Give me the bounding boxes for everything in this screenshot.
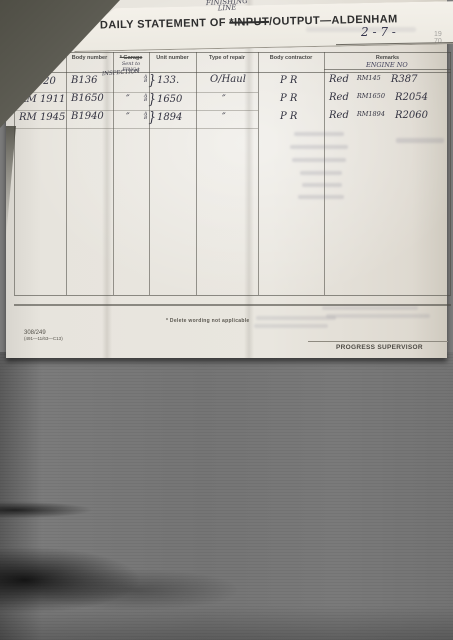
row1-body-number: B136 <box>71 75 97 86</box>
bleedthrough-mark <box>294 132 344 136</box>
unit-prefix-b: B <box>144 117 147 122</box>
form-title-prefix: DAILY STATEMENT OF <box>100 17 230 32</box>
row2-body-number: B1650 <box>71 93 104 104</box>
remark-engine-number: R2060 <box>395 110 428 121</box>
unit-prefix-stack: AB <box>144 113 147 122</box>
bleedthrough-mark <box>298 195 344 199</box>
row3-unit-number: AB } 1894 <box>144 110 182 124</box>
row3-garage-ditto: ″ <box>126 112 130 123</box>
table-gridline <box>149 52 150 295</box>
unit-value: 133. <box>157 75 179 86</box>
table-bottom-rule <box>14 295 451 296</box>
scanner-background <box>0 352 453 640</box>
unit-brace: } <box>148 109 156 125</box>
row-rule <box>14 92 258 93</box>
row3-road-number: RM 1945 <box>19 112 65 123</box>
row3-remarks: Red RM1894 R2060 <box>329 110 428 121</box>
form-number-print-code: (491—11/63—C13) <box>24 336 63 342</box>
bleedthrough-mark <box>322 306 418 310</box>
bleedthrough-mark <box>300 171 342 175</box>
row-rule <box>14 110 258 111</box>
table-gridline <box>66 52 67 295</box>
row2-body-contractor: P R <box>280 93 297 104</box>
row1-remarks: Red RM145 R387 <box>329 74 417 85</box>
row1-garage-note: INSPECTION <box>102 69 140 78</box>
row2-remarks: Red RM1650 R2054 <box>329 92 428 103</box>
table-gridline <box>14 72 451 73</box>
bleedthrough-mark <box>290 145 348 149</box>
table-gridline <box>258 52 259 295</box>
signature-line <box>308 341 448 342</box>
bleedthrough-mark <box>254 324 328 328</box>
unit-prefix-stack: AB <box>144 76 147 85</box>
row1-unit-number: AB } 133. <box>144 73 179 87</box>
bleedthrough-mark <box>292 158 346 162</box>
row1-type-of-repair: O/Haul <box>210 74 246 85</box>
paper-form: DAILY STATEMENT OF *INPUT/OUTPUT—ALDENHA… <box>6 0 447 358</box>
table-gridline <box>14 52 451 53</box>
engine-no-underline <box>324 69 451 70</box>
unit-prefix-b: B <box>144 80 147 85</box>
remark-colour: Red <box>329 92 349 103</box>
scanned-document-photo: DAILY STATEMENT OF *INPUT/OUTPUT—ALDENHA… <box>0 0 453 640</box>
remark-engine-number: R2054 <box>395 92 428 103</box>
row-rule <box>14 128 258 129</box>
repair-table: number Body number * Garage Sent to FING… <box>14 52 451 308</box>
col-header-type-of-repair: Type of repair <box>196 55 258 61</box>
bleedthrough-mark <box>326 314 430 318</box>
remark-colour: Red <box>329 74 349 85</box>
bleedthrough-mark <box>396 138 444 143</box>
remark-colour: Red <box>329 110 349 121</box>
row3-type-of-repair: ″ <box>222 112 226 123</box>
unit-brace: } <box>148 72 156 88</box>
handwritten-engine-no: ENGINE NO <box>366 61 408 69</box>
row1-body-contractor: P R <box>280 75 297 86</box>
row3-body-number: B1940 <box>71 111 104 122</box>
remark-rm-number: RM145 <box>357 74 381 82</box>
row3-body-contractor: P R <box>280 111 297 122</box>
remark-rm-number: RM1894 <box>357 110 385 118</box>
remark-engine-number: R387 <box>391 74 418 85</box>
remark-rm-number: RM1650 <box>357 92 385 100</box>
table-gridline <box>113 52 114 295</box>
progress-supervisor-label: PROGRESS SUPERVISOR <box>336 344 423 351</box>
form-title-struck-input: *INPUT <box>229 16 269 29</box>
bleedthrough-mark <box>306 27 416 32</box>
unit-brace: } <box>148 91 156 107</box>
bleedthrough-mark <box>302 183 342 187</box>
row2-unit-number: AB } 1650 <box>144 92 182 106</box>
unit-value: 1894 <box>157 112 182 123</box>
table-gridline <box>196 52 197 295</box>
table-gridline <box>450 52 451 295</box>
row2-garage-ditto: ″ <box>126 94 130 105</box>
bleedthrough-mark <box>256 316 336 320</box>
form-reference-number: 308/249 (491—11/63—C13) <box>24 330 63 342</box>
unit-prefix-stack: AB <box>144 95 147 104</box>
row2-type-of-repair: ″ <box>222 94 226 105</box>
unit-value: 1650 <box>157 94 182 105</box>
delete-wording-footnote: * Delete wording not applicable <box>166 318 249 324</box>
col-header-body-number: Body number <box>66 55 113 61</box>
col-header-unit-number: Unit number <box>149 55 196 61</box>
col-header-body-contractor: Body contractor <box>258 55 324 61</box>
unit-prefix-b: B <box>144 99 147 104</box>
